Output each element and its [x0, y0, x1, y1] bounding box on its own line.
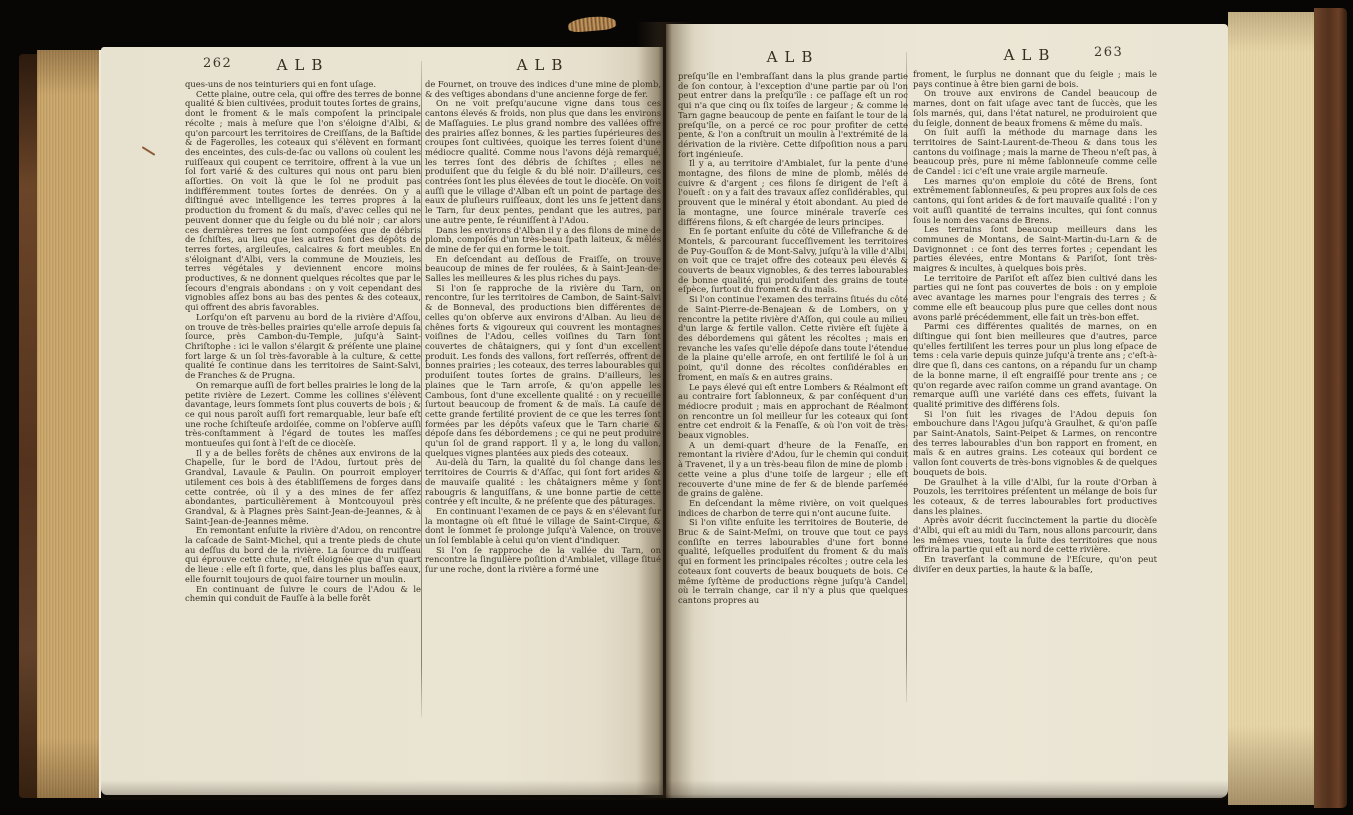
text-column-3: preſqu'île en l'embraſſant dans la plus …	[678, 72, 908, 720]
left-book-cover-edge	[19, 54, 39, 798]
spine-headband	[567, 15, 616, 33]
left-page-edge-stack	[37, 50, 101, 798]
paragraph: On trouve aux environs de Candel beaucou…	[913, 89, 1157, 128]
running-head-col2: ALB	[425, 56, 661, 74]
paragraph: Cette plaine, outre cela, qui offre des …	[185, 90, 421, 313]
paragraph: Après avoir décrit ſuccinctement la part…	[913, 516, 1157, 555]
paragraph: Si l'on ſuit les rivages de l'Adou depui…	[913, 410, 1157, 478]
paragraph: Il y a de belles forêts de chênes aux en…	[185, 449, 421, 527]
paragraph: Si l'on viſite enſuite les territoires d…	[678, 518, 908, 605]
paragraph: On remarque auſſi de fort belles prairie…	[185, 381, 421, 449]
paragraph: Il y a, au territoire d'Ambialet, ſur la…	[678, 159, 908, 227]
photo-of-open-book: { "book": { "title_context": "ALB", "lef…	[0, 0, 1353, 815]
paragraph: En continuant l'examen de ce pays & en s…	[425, 507, 661, 546]
text-column-2: de Fournet, on trouve des indices d'une …	[425, 80, 661, 735]
paragraph: Le pays élevé qui eſt entre Lombers & Ré…	[678, 383, 908, 441]
paragraph: On ne voit preſqu'aucune vigne dans tous…	[425, 99, 661, 225]
text-column-1: ques-uns de nos teinturiers qui en font …	[185, 80, 421, 735]
paragraph: Parmi ces différentes qualités de marnes…	[913, 322, 1157, 409]
paragraph: En ſe portant enſuite du côté de Villefr…	[678, 227, 908, 295]
paragraph: En deſcendant la même rivière, on voit q…	[678, 499, 908, 518]
paragraph: Si l'on continue l'examen des terrains ſ…	[678, 295, 908, 382]
left-page: 262 ALB ALB ques-uns de nos teinturiers …	[101, 47, 663, 795]
paragraph: froment, le ſurplus ne donnant que du ſe…	[913, 70, 1157, 89]
running-head-col3: ALB	[678, 48, 908, 66]
paragraph: Les terrains ſont beaucoup meilleurs dan…	[913, 225, 1157, 274]
paragraph: Dans les environs d'Alban il y a des fil…	[425, 226, 661, 255]
paragraph: Les marnes qu'on emploie du côté de Bren…	[913, 177, 1157, 226]
paragraph: de Fournet, on trouve des indices d'une …	[425, 80, 661, 99]
paragraph: Si l'on ſe rapproche de la vallée du Tar…	[425, 546, 661, 575]
paragraph: De Graulhet à la ville d'Albi, ſur la ro…	[913, 478, 1157, 517]
paragraph: Lorſqu'on eſt parvenu au bord de la rivi…	[185, 313, 421, 381]
text-column-4: froment, le ſurplus ne donnant que du ſe…	[913, 70, 1157, 720]
paragraph: En continuant de ſuivre le cours de l'Ad…	[185, 585, 421, 604]
running-head-col1: ALB	[185, 56, 421, 74]
paragraph: Si l'on ſe rapproche de la rivière du Ta…	[425, 284, 661, 459]
paragraph: A un demi-quart d'heure de la Fenaſſe, e…	[678, 441, 908, 499]
right-page: ALB ALB 263 preſqu'île en l'embraſſant d…	[666, 24, 1228, 798]
paragraph: preſqu'île en l'embraſſant dans la plus …	[678, 72, 908, 159]
paragraph: Le territoire de Pariſot eſt aſſez bien …	[913, 274, 1157, 323]
paragraph: On ſuit auſſi la méthode du marnage dans…	[913, 128, 1157, 177]
column-divider-rule	[421, 61, 422, 717]
paragraph: En deſcendant au deſſous de Fraiſſe, on …	[425, 255, 661, 284]
paragraph: En traverſant la commune de l'Eſcure, qu…	[913, 555, 1157, 574]
page-number-right: 263	[1094, 45, 1123, 60]
right-page-edge-stack	[1228, 12, 1316, 805]
right-book-cover-edge	[1314, 8, 1347, 808]
paragraph: Au-delà du Tarn, la qualité du ſol chang…	[425, 458, 661, 507]
paragraph: En remontant enſuite la rivière d'Adou, …	[185, 526, 421, 584]
